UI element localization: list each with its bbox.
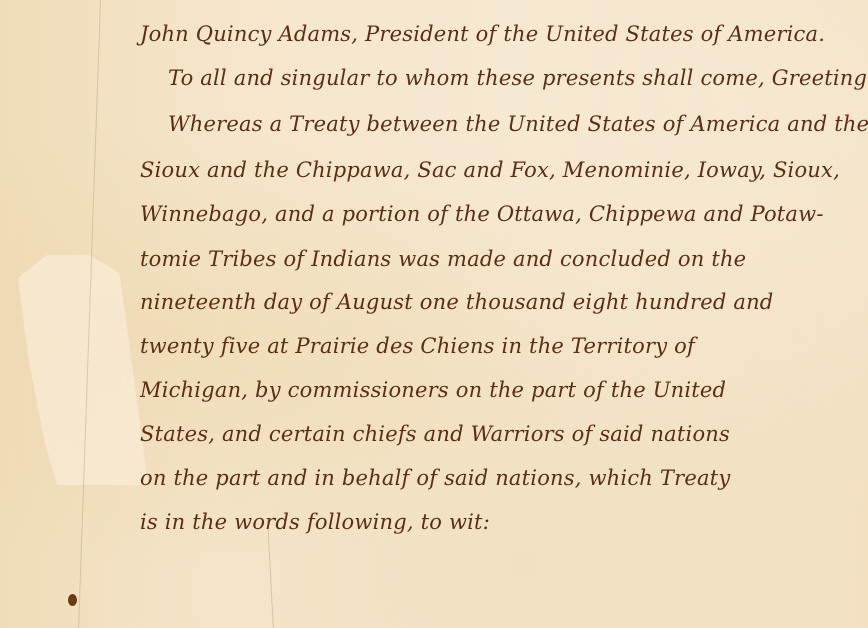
text-line: on the part and in behalf of said nation… [140,466,730,490]
heading-line: John Quincy Adams, President of the Unit… [140,22,825,46]
text-line: is in the words following, to wit: [140,510,490,534]
text-line: twenty five at Prairie des Chiens in the… [140,334,695,358]
text-line: Winnebago, and a portion of the Ottawa, … [140,202,824,226]
text-line: States, and certain chiefs and Warriors … [140,422,730,446]
text-line: Whereas a Treaty between the United Stat… [168,112,868,136]
text-line: tomie Tribes of Indians was made and con… [140,247,746,271]
text-line: Michigan, by commissioners on the part o… [140,378,726,402]
greeting-line: To all and singular to whom these presen… [168,66,868,90]
ink-blot [68,594,77,606]
text-line: Sioux and the Chippawa, Sac and Fox, Men… [140,158,840,182]
text-line: nineteenth day of August one thousand ei… [140,290,773,314]
